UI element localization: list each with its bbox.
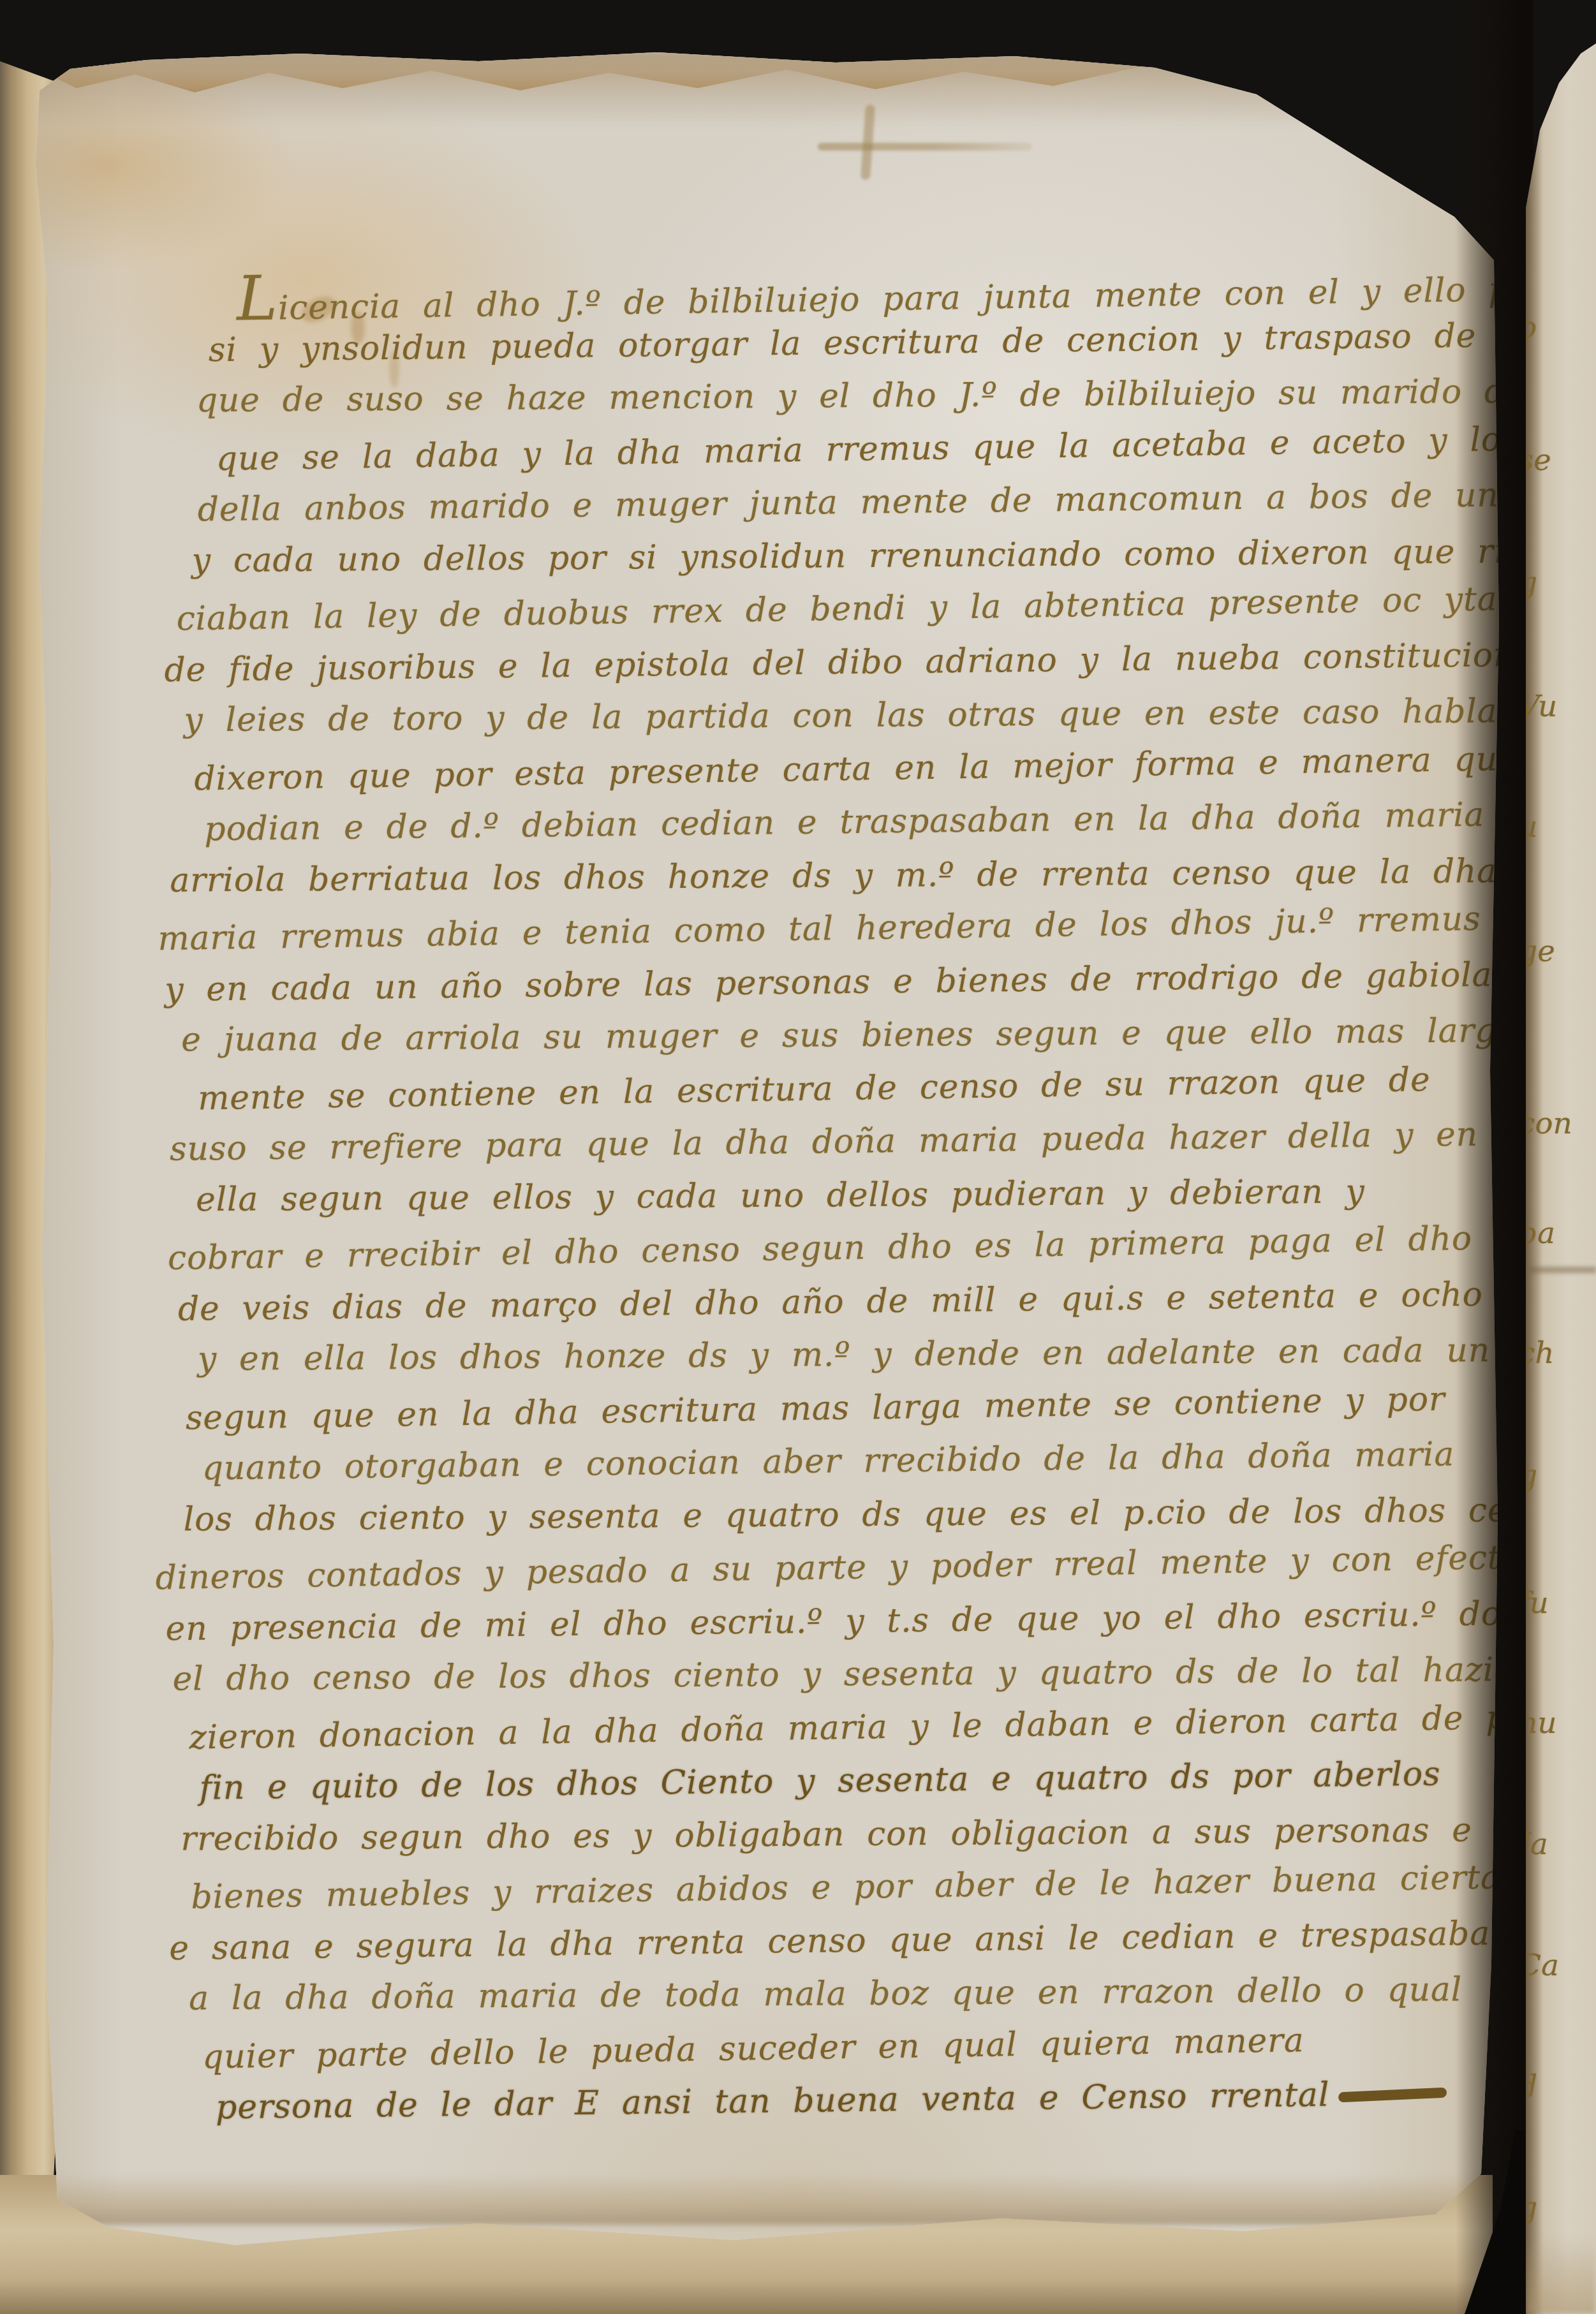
bottom-crease (38, 2174, 1499, 2225)
cut-off-letters: d (1526, 2069, 1537, 2104)
cut-off-letters: ge (1526, 934, 1555, 969)
cut-off-letters: Ja (1526, 1827, 1548, 1862)
cut-off-letters: fu (1526, 1586, 1549, 1621)
facing-leaf-bottom-crease (1526, 2235, 1596, 2314)
invocation-cross-icon (818, 143, 1032, 151)
cut-off-letters: g (1526, 2190, 1537, 2225)
cut-off-letters: con (1526, 1106, 1572, 1141)
cut-off-letters: ba (1526, 1216, 1555, 1251)
cut-off-letters: g (1526, 1458, 1537, 1493)
facing-leaf-text-fragments: bsegVuugeconbachgfunuJaCadg (1526, 22, 1596, 2314)
cut-off-letters: u (1526, 809, 1537, 844)
manuscript-page: Licencia al dho J.º de bilbiluiejo para … (32, 50, 1512, 2308)
torn-top-edge-shading (32, 50, 1512, 126)
cut-off-letters: ch (1526, 1336, 1555, 1371)
cut-off-letters: Vu (1526, 689, 1557, 724)
facing-leaf: bsegVuugeconbachgfunuJaCadg (1526, 22, 1596, 2314)
gutter-shadow (1456, 0, 1533, 2314)
manuscript-text-block: Licencia al dho J.º de bilbiluiejo para … (112, 256, 1479, 2135)
cut-off-letters: Ca (1526, 1948, 1559, 1983)
cut-off-letters: b (1526, 310, 1537, 345)
cut-off-letters: g (1526, 565, 1537, 600)
cut-off-letters: nu (1526, 1706, 1557, 1741)
cut-off-letters: se (1526, 443, 1551, 478)
manuscript-photo: Licencia al dho J.º de bilbiluiejo para … (0, 0, 1596, 2314)
